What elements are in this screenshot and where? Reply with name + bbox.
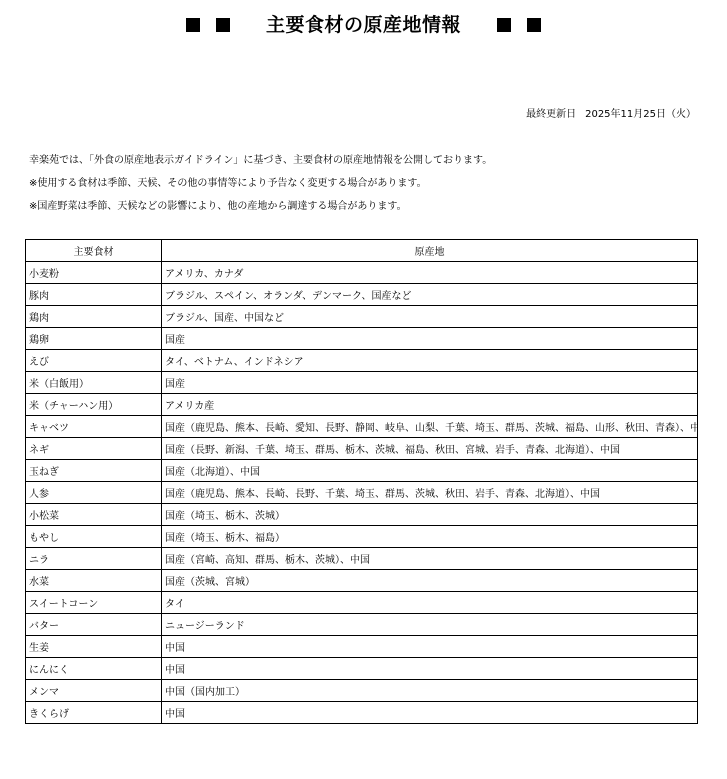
- origin-cell: 中国（国内加工）: [162, 680, 698, 702]
- ingredient-cell: ニラ: [26, 548, 162, 570]
- origin-cell: 国産（宮崎、高知、群馬、栃木、茨城）、中国: [162, 548, 698, 570]
- ingredient-cell: 鶏肉: [26, 306, 162, 328]
- origin-cell: ブラジル、スペイン、オランダ、デンマーク、国産など: [162, 284, 698, 306]
- table-row: えびタイ、ベトナム、インドネシア: [26, 350, 698, 372]
- ingredient-cell: ネギ: [26, 438, 162, 460]
- table-row: 米（チャーハン用）アメリカ産: [26, 394, 698, 416]
- origin-cell: 国産（鹿児島、熊本、長崎、愛知、長野、静岡、岐阜、山梨、千葉、埼玉、群馬、茨城、…: [162, 416, 698, 438]
- table-row: ネギ国産（長野、新潟、千葉、埼玉、群馬、栃木、茨城、福島、秋田、宮城、岩手、青森…: [26, 438, 698, 460]
- origin-cell: 国産（長野、新潟、千葉、埼玉、群馬、栃木、茨城、福島、秋田、宮城、岩手、青森、北…: [162, 438, 698, 460]
- header-origin: 原産地: [162, 240, 698, 262]
- black-square-icon: [497, 18, 511, 32]
- ingredient-cell: 水菜: [26, 570, 162, 592]
- ingredient-cell: 鶏卵: [26, 328, 162, 350]
- header-ingredient: 主要食材: [26, 240, 162, 262]
- table-row: 小麦粉アメリカ、カナダ: [26, 262, 698, 284]
- origin-cell: 国産: [162, 328, 698, 350]
- table-row: 人参国産（鹿児島、熊本、長崎、長野、千葉、埼玉、群馬、茨城、秋田、岩手、青森、北…: [26, 482, 698, 504]
- origin-cell: アメリカ産: [162, 394, 698, 416]
- ingredient-cell: もやし: [26, 526, 162, 548]
- origin-cell: 中国: [162, 636, 698, 658]
- table-row: 米（白飯用）国産: [26, 372, 698, 394]
- origin-cell: 国産（埼玉、栃木、茨城）: [162, 504, 698, 526]
- ingredient-cell: えび: [26, 350, 162, 372]
- ingredient-cell: キャベツ: [26, 416, 162, 438]
- black-square-icon: [216, 18, 230, 32]
- origin-cell: タイ: [162, 592, 698, 614]
- origin-cell: 中国: [162, 658, 698, 680]
- table-row: バターニュージーランド: [26, 614, 698, 636]
- page-title: 主要食材の原産地情報: [0, 11, 727, 39]
- table-row: ニラ国産（宮崎、高知、群馬、栃木、茨城）、中国: [26, 548, 698, 570]
- ingredient-cell: 米（チャーハン用）: [26, 394, 162, 416]
- table-row: 小松菜国産（埼玉、栃木、茨城）: [26, 504, 698, 526]
- black-square-icon: [527, 18, 541, 32]
- ingredient-cell: 小松菜: [26, 504, 162, 526]
- black-square-icon: [186, 18, 200, 32]
- ingredient-cell: 小麦粉: [26, 262, 162, 284]
- table-row: 鶏卵国産: [26, 328, 698, 350]
- page-title-text: 主要食材の原産地情報: [266, 14, 461, 36]
- table-row: 鶏肉ブラジル、国産、中国など: [26, 306, 698, 328]
- ingredient-cell: きくらげ: [26, 702, 162, 724]
- last-updated: 最終更新日2025年11月25日（火）: [526, 108, 696, 122]
- table-row: もやし国産（埼玉、栃木、福島）: [26, 526, 698, 548]
- notes: 幸楽苑では、「外食の原産地表示ガイドライン」に基づき、主要食材の原産地情報を公開…: [29, 154, 492, 223]
- note-seasonal-change: ※使用する食材は季節、天候、その他の事情等により予告なく変更する場合があります。: [29, 177, 492, 191]
- origin-table: 主要食材 原産地 小麦粉アメリカ、カナダ豚肉ブラジル、スペイン、オランダ、デンマ…: [25, 239, 698, 724]
- table-row: メンマ中国（国内加工）: [26, 680, 698, 702]
- origin-cell: タイ、ベトナム、インドネシア: [162, 350, 698, 372]
- origin-cell: 国産（茨城、宮城）: [162, 570, 698, 592]
- table-row: きくらげ中国: [26, 702, 698, 724]
- ingredient-cell: バター: [26, 614, 162, 636]
- table-row: スイートコーンタイ: [26, 592, 698, 614]
- table-row: 玉ねぎ国産（北海道）、中国: [26, 460, 698, 482]
- origin-cell: ニュージーランド: [162, 614, 698, 636]
- ingredient-cell: 玉ねぎ: [26, 460, 162, 482]
- ingredient-cell: 人参: [26, 482, 162, 504]
- origin-cell: 中国: [162, 702, 698, 724]
- origin-cell: 国産（北海道）、中国: [162, 460, 698, 482]
- ingredient-cell: 豚肉: [26, 284, 162, 306]
- origin-cell: 国産（鹿児島、熊本、長崎、長野、千葉、埼玉、群馬、茨城、秋田、岩手、青森、北海道…: [162, 482, 698, 504]
- last-updated-date: 2025年11月25日（火）: [585, 109, 696, 120]
- table-row: キャベツ国産（鹿児島、熊本、長崎、愛知、長野、静岡、岐阜、山梨、千葉、埼玉、群馬…: [26, 416, 698, 438]
- table-row: 水菜国産（茨城、宮城）: [26, 570, 698, 592]
- last-updated-label: 最終更新日: [526, 109, 576, 120]
- origin-cell: 国産（埼玉、栃木、福島）: [162, 526, 698, 548]
- intro-text: 幸楽苑では、「外食の原産地表示ガイドライン」に基づき、主要食材の原産地情報を公開…: [29, 154, 492, 168]
- ingredient-cell: 生姜: [26, 636, 162, 658]
- table-row: 豚肉ブラジル、スペイン、オランダ、デンマーク、国産など: [26, 284, 698, 306]
- ingredient-cell: 米（白飯用）: [26, 372, 162, 394]
- note-domestic-vegetables: ※国産野菜は季節、天候などの影響により、他の産地から調達する場合があります。: [29, 200, 492, 214]
- origin-cell: ブラジル、国産、中国など: [162, 306, 698, 328]
- table-header-row: 主要食材 原産地: [26, 240, 698, 262]
- ingredient-cell: にんにく: [26, 658, 162, 680]
- origin-cell: アメリカ、カナダ: [162, 262, 698, 284]
- ingredient-cell: スイートコーン: [26, 592, 162, 614]
- table-row: にんにく中国: [26, 658, 698, 680]
- ingredient-cell: メンマ: [26, 680, 162, 702]
- table-row: 生姜中国: [26, 636, 698, 658]
- origin-cell: 国産: [162, 372, 698, 394]
